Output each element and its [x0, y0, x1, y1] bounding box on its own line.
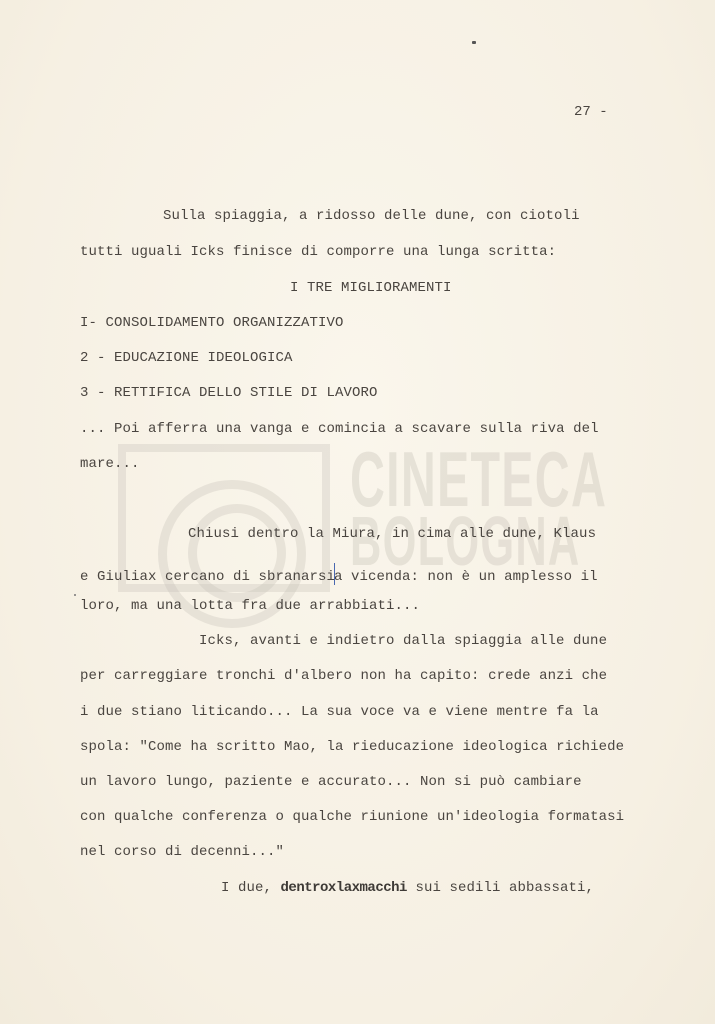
page-number: 27 -	[574, 104, 608, 120]
list-item-1: I- CONSOLIDAMENTO ORGANIZZATIVO	[80, 315, 344, 331]
paragraph-3-line-2: e Giuliax cercano di sbranarsia vicenda:…	[80, 563, 598, 585]
section-heading: I TRE MIGLIORAMENTI	[290, 280, 452, 296]
paragraph-5-part-b: sui sedili abbassati,	[407, 880, 594, 896]
paragraph-5-part-a: I due,	[221, 880, 281, 896]
paragraph-3-line-2-part-b: a vicenda: non è un amplesso il	[334, 569, 598, 585]
watermark-text-line1: CINETECA	[350, 440, 607, 518]
paragraph-3-line-2-part-a: e Giuliax cercano di sbranarsi	[80, 569, 335, 585]
paper-speck	[472, 41, 476, 44]
paragraph-5-line-1: I due, dentroxlaxmacchi sui sedili abbas…	[221, 880, 594, 896]
paragraph-3-line-3: loro, ma una lotta fra due arrabbiati...	[80, 598, 420, 614]
list-item-2: 2 - EDUCAZIONE IDEOLOGICA	[80, 350, 293, 366]
paragraph-2-line-1: ... Poi afferra una vanga e comincia a s…	[80, 421, 599, 437]
document-page: CINETECA BOLOGNA 27 - Sulla spiaggia, a …	[0, 0, 715, 1024]
list-item-3: 3 - RETTIFICA DELLO STILE DI LAVORO	[80, 385, 378, 401]
paragraph-4-line-3: i due stiano liticando... La sua voce va…	[80, 704, 599, 720]
paragraph-4-line-7: nel corso di decenni..."	[80, 844, 284, 860]
paragraph-4-line-5: un lavoro lungo, paziente e accurato... …	[80, 774, 582, 790]
paragraph-4-line-2: per carreggiare tronchi d'albero non ha …	[80, 668, 607, 684]
paragraph-4-line-6: con qualche conferenza o qualche riunion…	[80, 809, 624, 825]
paragraph-1-line-1: Sulla spiaggia, a ridosso delle dune, co…	[163, 208, 580, 224]
paragraph-3-line-1: Chiusi dentro la Miura, in cima alle dun…	[188, 526, 596, 542]
paper-speck	[74, 594, 76, 596]
paragraph-4-line-4: spola: "Come ha scritto Mao, la rieducaz…	[80, 739, 624, 755]
watermark-logo-circle-inner	[188, 504, 286, 602]
paragraph-1-line-2: tutti uguali Icks finisce di comporre un…	[80, 244, 556, 260]
struck-through-text: dentroxlaxmacchi	[281, 880, 407, 896]
paragraph-4-line-1: Icks, avanti e indietro dalla spiaggia a…	[199, 633, 607, 649]
paragraph-2-line-2: mare...	[80, 456, 140, 472]
